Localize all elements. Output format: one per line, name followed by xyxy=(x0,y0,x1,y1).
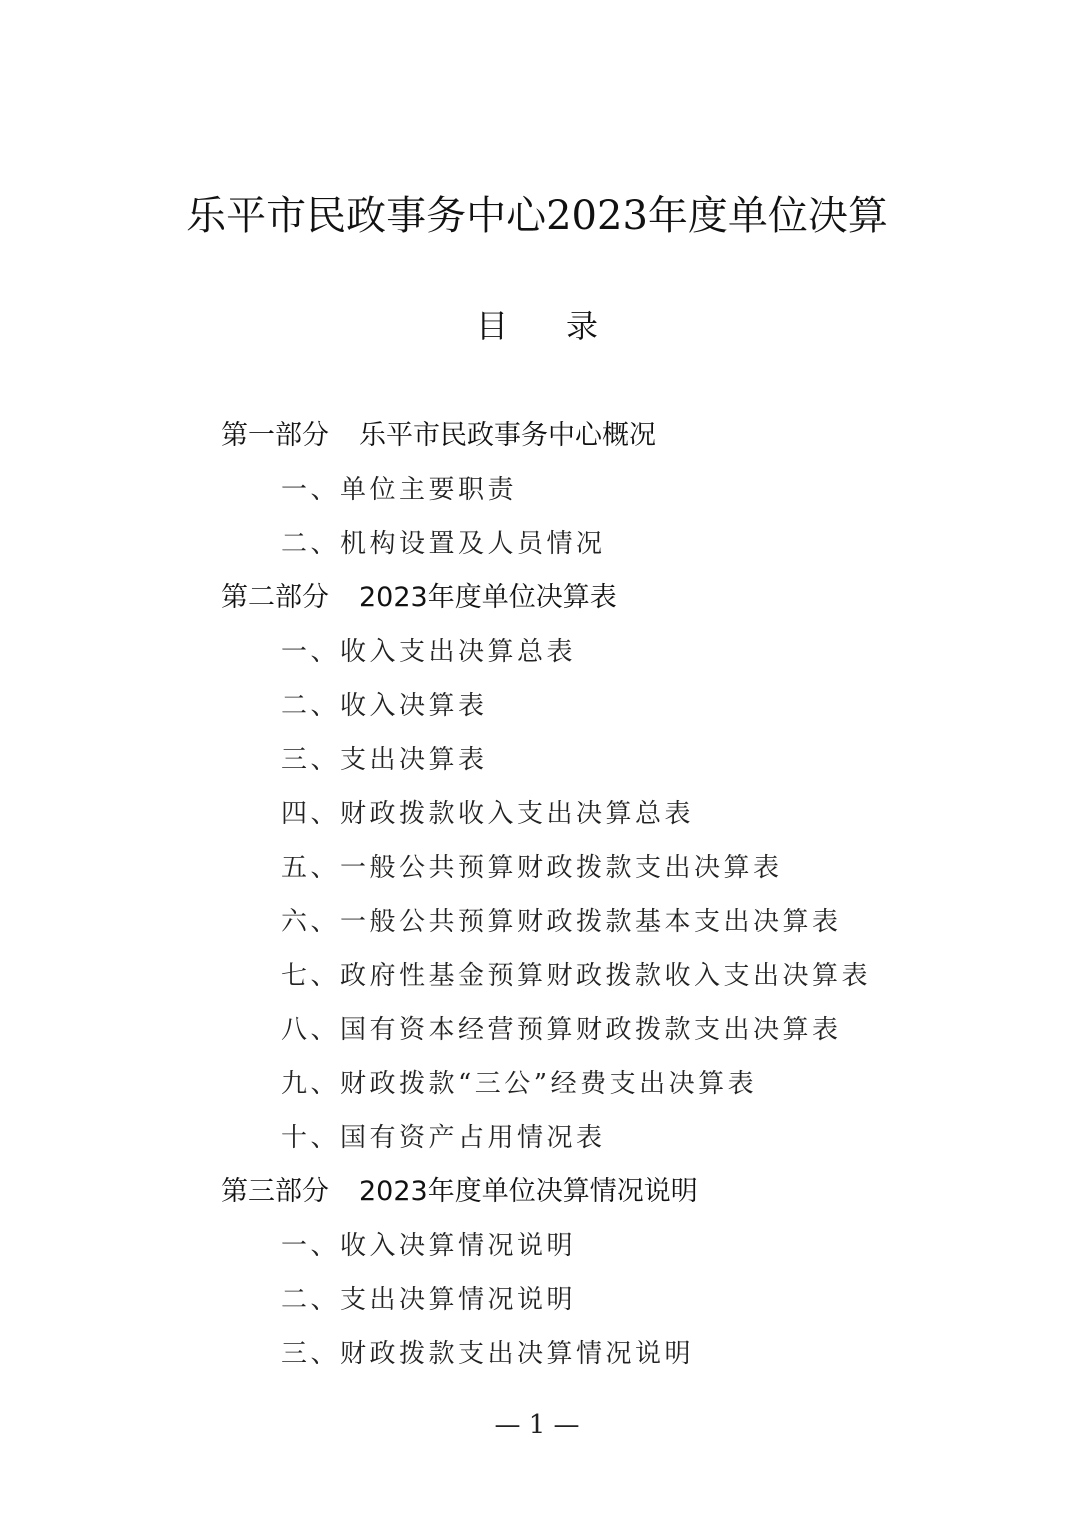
document-title: 乐平市民政事务中心2023年度单位决算 xyxy=(0,192,1074,240)
part-title: 2023年度单位决算表 xyxy=(359,582,617,613)
part-label: 第三部分 xyxy=(221,1170,329,1214)
part-title: 乐平市民政事务中心概况 xyxy=(359,420,656,451)
toc-item[interactable]: 二、支出决算情况说明 xyxy=(281,1278,576,1322)
toc-item[interactable]: 五、一般公共预算财政拨款支出决算表 xyxy=(281,846,783,890)
toc-part-3[interactable]: 第三部分2023年度单位决算情况说明 xyxy=(221,1170,698,1214)
toc-heading-char-2: 录 xyxy=(566,306,598,346)
toc-item[interactable]: 八、国有资本经营预算财政拨款支出决算表 xyxy=(281,1008,842,1052)
toc-item[interactable]: 一、收入决算情况说明 xyxy=(281,1224,576,1268)
part-title: 2023年度单位决算情况说明 xyxy=(359,1176,698,1207)
toc-part-1[interactable]: 第一部分乐平市民政事务中心概况 xyxy=(221,414,656,458)
toc-part-2[interactable]: 第二部分2023年度单位决算表 xyxy=(221,576,617,620)
toc-heading-char-1: 目 xyxy=(476,306,508,346)
part-label: 第一部分 xyxy=(221,414,329,458)
toc-item[interactable]: 二、收入决算表 xyxy=(281,684,488,728)
toc-item[interactable]: 六、一般公共预算财政拨款基本支出决算表 xyxy=(281,900,842,944)
page-number: — 1 — xyxy=(0,1410,1074,1440)
toc-item[interactable]: 三、支出决算表 xyxy=(281,738,488,782)
toc-item[interactable]: 九、财政拨款“三公”经费支出决算表 xyxy=(281,1062,757,1106)
part-label: 第二部分 xyxy=(221,576,329,620)
toc-item[interactable]: 十、国有资产占用情况表 xyxy=(281,1116,606,1160)
toc-item[interactable]: 七、政府性基金预算财政拨款收入支出决算表 xyxy=(281,954,871,998)
toc-item[interactable]: 三、财政拨款支出决算情况说明 xyxy=(281,1332,694,1376)
toc-item[interactable]: 一、收入支出决算总表 xyxy=(281,630,576,674)
toc-heading: 目录 xyxy=(0,306,1074,346)
toc-item[interactable]: 一、单位主要职责 xyxy=(281,468,517,512)
toc-item[interactable]: 二、机构设置及人员情况 xyxy=(281,522,606,566)
toc-item[interactable]: 四、财政拨款收入支出决算总表 xyxy=(281,792,694,836)
